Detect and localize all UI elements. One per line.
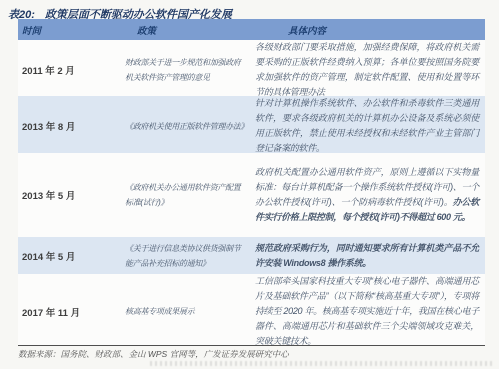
table-header-row: 时间 政策 具体内容	[18, 19, 485, 40]
content-segment: 各级财政部门要采取措施，加强经费保障，将政府机关需要采购的正版软件经费纳入预算；…	[255, 42, 479, 97]
table-row: 2017 年 11 月 核高基专项成果展示 工信部牵头国家科技重大专项“核心电子…	[18, 274, 485, 345]
row-time: 2014 年 5 月	[18, 249, 122, 263]
header-time: 时间	[18, 23, 122, 37]
row-content: 政府机关配置办公通用软件资产，原则上遵循以下实物量标准：每台计算机配备一个操作系…	[248, 165, 485, 225]
content-segment: 工信部牵头国家科技重大专项“核心电子器件、高端通用芯片及基础软件产品”（以下简称…	[255, 276, 479, 346]
row-policy: 核高基专项成果展示	[122, 304, 248, 319]
table-row: 2013 年 5 月 《政府机关办公通用软件资产配置标准(试行)》 政府机关配置…	[18, 153, 485, 237]
row-content: 规范政府采购行为，同时通知要求所有计算机类产品不允许安装 Windows8 操作…	[248, 241, 485, 271]
row-policy: 《政府机关使用正版软件管理办法》	[122, 119, 248, 134]
cutoff-faint-text-line	[150, 361, 495, 366]
content-segment: 政府机关配置办公通用软件资产，原则上遵循以下实物量标准：每台计算机配备一个操作系…	[255, 167, 479, 207]
row-time: 2013 年 5 月	[18, 188, 122, 202]
table-row: 2014 年 5 月 《关于进行信息类协议供货强制节能产品补充招标的通知》 规范…	[18, 237, 485, 274]
row-policy: 《政府机关办公通用软件资产配置标准(试行)》	[122, 180, 248, 210]
table-row: 2013 年 8 月 《政府机关使用正版软件管理办法》 针对计算机操作系统软件、…	[18, 96, 485, 153]
row-policy: 《关于进行信息类协议供货强制节能产品补充招标的通知》	[122, 241, 248, 271]
row-time: 2013 年 8 月	[18, 119, 122, 133]
row-content: 针对计算机操作系统软件、办公软件和杀毒软件三类通用软件，要求各级政府机关的计算机…	[248, 96, 485, 156]
row-content: 各级财政部门要采取措施，加强经费保障，将政府机关需要采购的正版软件经费纳入预算；…	[248, 40, 485, 100]
policy-table: 时间 政策 具体内容 2011 年 2 月 财政部关于进一步规范和加强政府机关软…	[18, 19, 485, 346]
content-segment-bold: 规范政府采购行为，同时通知要求所有计算机类产品不允许安装 Windows8 操作…	[255, 243, 479, 268]
row-content: 工信部牵头国家科技重大专项“核心电子器件、高端通用芯片及基础软件产品”（以下简称…	[248, 274, 485, 349]
data-source-note: 数据来源：国务院、财政部、金山 WPS 官网等，广发证券发展研究中心	[18, 348, 289, 360]
row-time: 2011 年 2 月	[18, 63, 122, 77]
table-row: 2011 年 2 月 财政部关于进一步规范和加强政府机关软件资产管理的意见 各级…	[18, 40, 485, 96]
row-policy: 财政部关于进一步规范和加强政府机关软件资产管理的意见	[122, 55, 248, 85]
row-time: 2017 年 11 月	[18, 305, 122, 319]
header-policy: 政策	[122, 23, 248, 37]
content-segment: 针对计算机操作系统软件、办公软件和杀毒软件三类通用软件，要求各级政府机关的计算机…	[255, 98, 479, 153]
header-content: 具体内容	[248, 23, 485, 37]
